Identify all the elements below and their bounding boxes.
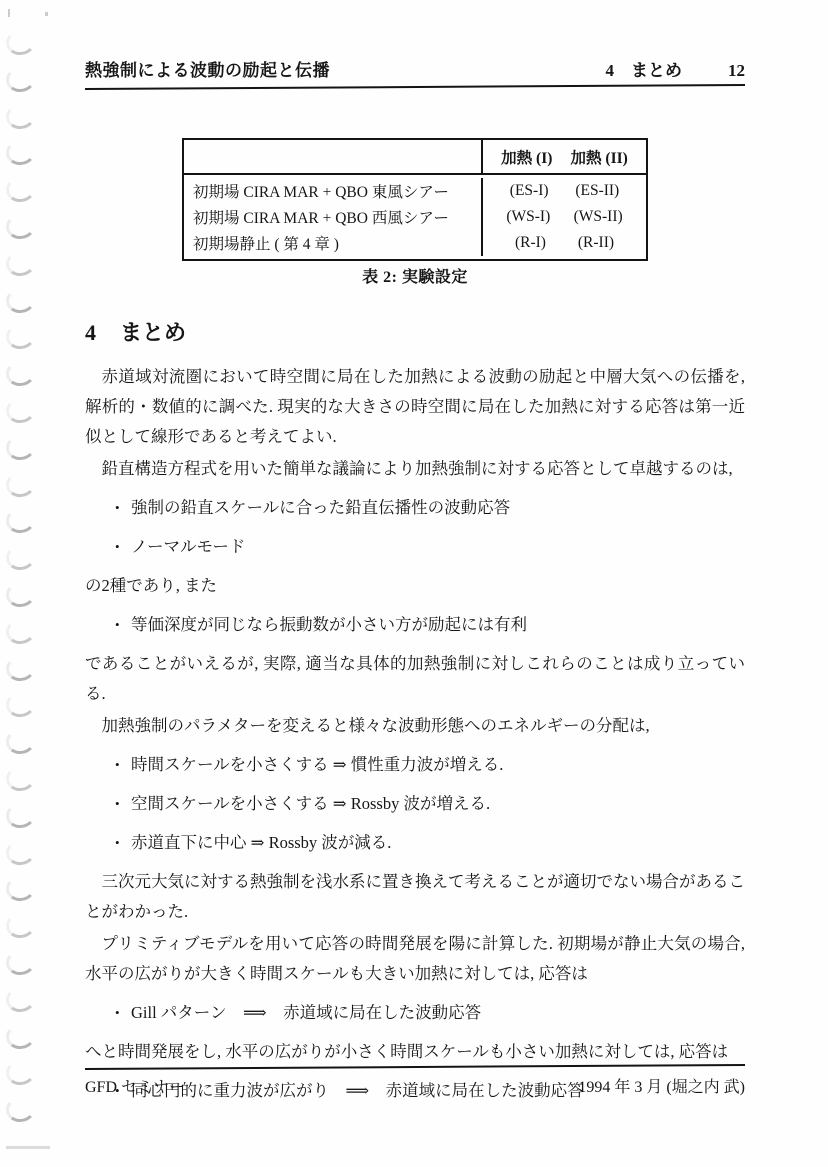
paragraph: 加熱強制のパラメターを変えると様々な波動形態へのエネルギーの分配は, (85, 711, 745, 741)
paragraph: プリミティブモデルを用いて応答の時間発展を陽に計算した. 初期場が静止大気の場合… (85, 929, 745, 989)
bullet-item: • 等価深度が同じなら振動数が小さい方が励起には有利 (85, 610, 745, 640)
section-heading: 4まとめ (85, 316, 186, 347)
cell-value: (R-II) (578, 234, 614, 252)
bullet-item: • ノーマルモード (85, 532, 745, 562)
scan-artifact (6, 1146, 50, 1149)
binding-hole-shadow (5, 801, 36, 829)
bullet-text: 赤道直下に中心 ⇒ Rossby 波が減る. (131, 828, 391, 858)
column-header-heating-2: 加熱 (II) (571, 146, 628, 168)
binding-hole-shadow (5, 249, 36, 277)
binding-hole-shadow (5, 1022, 36, 1050)
scan-artifact (45, 12, 48, 16)
row-label: 初期場 CIRA MAR + QBO 西風シアー (184, 204, 483, 230)
binding-hole-shadow (5, 875, 36, 903)
row-label: 初期場 CIRA MAR + QBO 東風シアー (184, 178, 483, 204)
bullet-icon: • (115, 493, 131, 523)
binding-hole-shadow (5, 654, 36, 682)
bullet-icon: • (115, 610, 131, 640)
experiment-table: 加熱 (I) 加熱 (II) 初期場 CIRA MAR + QBO 東風シアー … (182, 138, 648, 261)
binding-hole-shadow (5, 1059, 36, 1087)
binding-hole-shadow (5, 912, 36, 940)
bullet-text: 時間スケールを小さくする ⇒ 慣性重力波が増える. (131, 750, 503, 780)
table-row: 初期場静止 ( 第 4 章 ) (R-I) (R-II) (184, 230, 646, 259)
binding-hole-shadow (5, 544, 36, 572)
bullet-item: • 時間スケールを小さくする ⇒ 慣性重力波が増える. (85, 750, 745, 780)
binding-hole-shadow (5, 360, 36, 388)
bullet-text: ノーマルモード (131, 532, 245, 562)
binding-hole-shadow (5, 470, 36, 498)
page-number: 12 (728, 61, 745, 80)
table-header-cells: 加熱 (I) 加熱 (II) (483, 146, 646, 168)
binding-hole-shadow (5, 433, 36, 461)
binding-hole-shadow (5, 1096, 36, 1124)
section-number: 4 (85, 320, 96, 345)
bullet-item: • 空間スケールを小さくする ⇒ Rossby 波が増える. (85, 789, 745, 819)
paragraph: 赤道域対流圏において時空間に局在した加熱による波動の励起と中層大気への伝播を, … (85, 362, 745, 452)
table-row: 初期場 CIRA MAR + QBO 東風シアー (ES-I) (ES-II) (184, 175, 646, 204)
footer-seminar-label: GFD セミナー (85, 1074, 185, 1097)
header-rule (85, 84, 745, 90)
binding-hole-shadow (5, 985, 36, 1013)
bullet-icon: • (115, 828, 131, 858)
bullet-item: • 強制の鉛直スケールに合った鉛直伝播性の波動応答 (85, 493, 745, 523)
binding-hole-shadow (5, 581, 36, 609)
paragraph: へと時間発展をし, 水平の広がりが小さく時間スケールも小さい加熱に対しては, 応… (85, 1037, 745, 1067)
document-title: 熱強制による波動の励起と伝播 (85, 56, 330, 81)
table-row: 初期場 CIRA MAR + QBO 西風シアー (WS-I) (WS-II) (184, 204, 646, 230)
cell-value: (ES-I) (510, 182, 549, 200)
running-footer: GFD セミナー 1994 年 3 月 (堀之内 武) (85, 1074, 745, 1097)
paragraph: 鉛直構造方程式を用いた簡単な議論により加熱強制に対する応答として卓越するのは, (85, 454, 745, 484)
cell-value: (WS-II) (574, 208, 623, 226)
running-header: 熱強制による波動の励起と伝播 4 まとめ12 (85, 56, 745, 81)
binding-hole-shadow (5, 29, 36, 57)
section-title: まとめ (120, 320, 186, 345)
binding-hole-shadow (5, 617, 36, 645)
binding-hole-shadow (5, 765, 36, 793)
binding-hole-shadow (5, 397, 36, 425)
table-body: 初期場 CIRA MAR + QBO 東風シアー (ES-I) (ES-II) … (184, 175, 646, 259)
paragraph: であることがいえるが, 実際, 適当な具体的加熱強制に対しこれらのことは成り立っ… (85, 649, 745, 709)
binding-hole-shadow (5, 507, 36, 535)
bullet-icon: • (115, 998, 131, 1028)
bullet-icon: • (115, 532, 131, 562)
row-label: 初期場静止 ( 第 4 章 ) (184, 230, 483, 256)
table-header-empty-cell (184, 140, 483, 173)
bullet-text: 強制の鉛直スケールに合った鉛直伝播性の波動応答 (131, 493, 510, 523)
bullet-text: Gill パターン ⟹ 赤道域に局在した波動応答 (131, 998, 481, 1028)
bullet-icon: • (115, 789, 131, 819)
column-header-heating-1: 加熱 (I) (501, 146, 552, 168)
header-right: 4 まとめ12 (606, 56, 746, 81)
binding-hole-shadow (5, 176, 36, 204)
bullet-icon: • (115, 750, 131, 780)
binding-hole-shadow (5, 65, 36, 93)
table-header-row: 加熱 (I) 加熱 (II) (184, 140, 646, 175)
binding-hole-shadow (5, 728, 36, 756)
scanned-document-page: { "header": { "title": "熱強制による波動の励起と伝播",… (0, 0, 828, 1167)
body-text: 赤道域対流圏において時空間に局在した加熱による波動の励起と中層大気への伝播を, … (85, 360, 745, 1115)
binding-hole-shadow (5, 691, 36, 719)
experiment-table-wrap: 加熱 (I) 加熱 (II) 初期場 CIRA MAR + QBO 東風シアー … (85, 138, 745, 261)
binding-hole-shadow (5, 949, 36, 977)
bullet-item: • Gill パターン ⟹ 赤道域に局在した波動応答 (85, 998, 745, 1028)
binding-hole-shadow (5, 213, 36, 241)
binding-hole-shadow (5, 139, 36, 167)
cell-value: (R-I) (515, 234, 546, 252)
binding-holes (0, 0, 40, 1167)
bullet-text: 等価深度が同じなら振動数が小さい方が励起には有利 (131, 610, 527, 640)
header-section-ref: 4 まとめ (606, 61, 683, 80)
table-caption: 表 2: 実験設定 (85, 264, 745, 287)
footer-date-author: 1994 年 3 月 (堀之内 武) (578, 1074, 745, 1097)
document-page: 熱強制による波動の励起と伝播 4 まとめ12 加熱 (I) 加熱 (II) 初期… (0, 0, 828, 1167)
bullet-text: 空間スケールを小さくする ⇒ Rossby 波が増える. (131, 789, 490, 819)
paragraph: 三次元大気に対する熱強制を浅水系に置き換えて考えることが適切でない場合があること… (85, 867, 745, 927)
binding-hole-shadow (5, 838, 36, 866)
cell-value: (WS-I) (506, 208, 550, 226)
binding-hole-shadow (5, 286, 36, 314)
binding-hole-shadow (5, 323, 36, 351)
scan-artifact (8, 9, 10, 17)
binding-hole-shadow (5, 102, 36, 130)
bullet-item: • 赤道直下に中心 ⇒ Rossby 波が減る. (85, 828, 745, 858)
cell-value: (ES-II) (575, 182, 619, 200)
paragraph: の2種であり, また (85, 571, 745, 601)
